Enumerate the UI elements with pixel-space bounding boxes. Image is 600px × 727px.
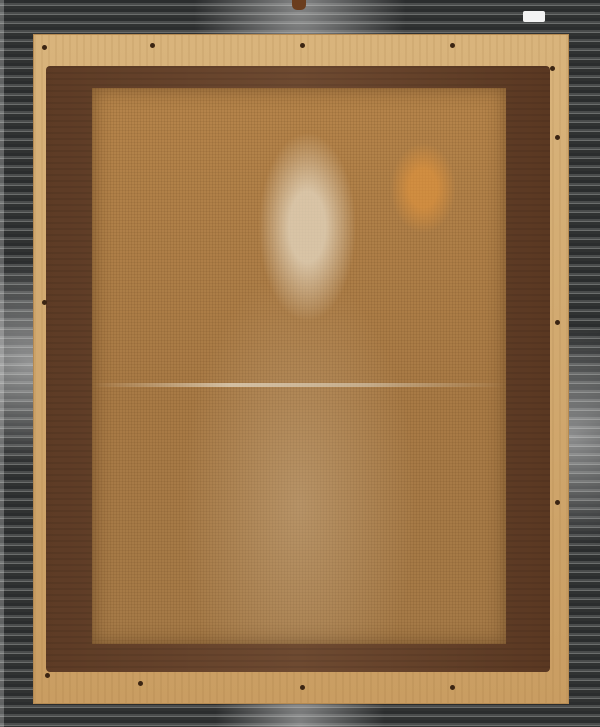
tack	[450, 43, 455, 48]
tack	[555, 500, 560, 505]
hanging-hook	[292, 0, 306, 10]
tack	[550, 66, 555, 71]
canvas-reverse	[92, 88, 506, 644]
tack	[555, 320, 560, 325]
tack	[450, 685, 455, 690]
canvas-fold-line	[92, 383, 506, 387]
label-tag	[523, 11, 545, 22]
tack	[45, 673, 50, 678]
tack	[300, 685, 305, 690]
tack	[42, 300, 47, 305]
tack	[42, 45, 47, 50]
tack	[555, 135, 560, 140]
tack	[300, 43, 305, 48]
tack	[150, 43, 155, 48]
tack	[138, 681, 143, 686]
